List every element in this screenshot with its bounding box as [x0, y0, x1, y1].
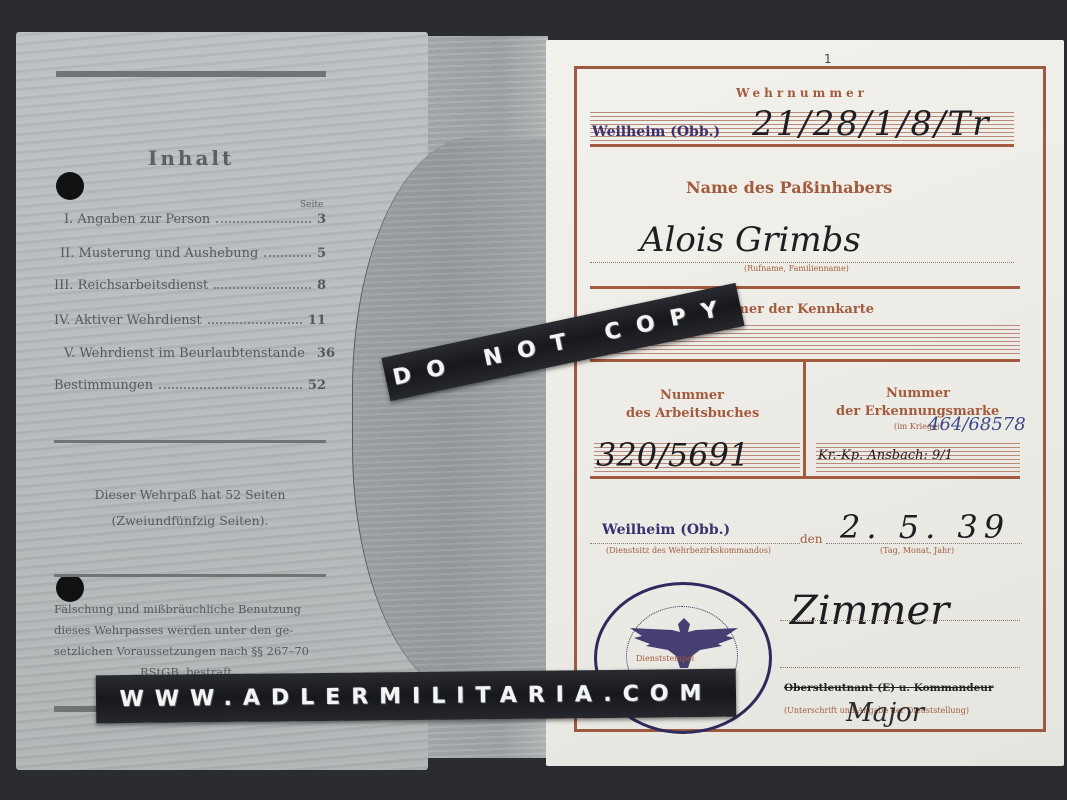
issue-office-caption: (Dienstsitz des Wehrbezirkskommandos) [606, 546, 771, 555]
page-count-line-2: (Zweiundfünfzig Seiten). [54, 513, 326, 528]
commander-signature: Zimmer [790, 588, 949, 634]
warning-line-1: Fälschung und mißbräuchliche Benutzung [54, 602, 301, 616]
issue-office: Weilheim (Obb.) [602, 522, 730, 538]
toc-item: III. Reichsarbeitsdienst8 [54, 278, 326, 293]
warning-line-3: setzlichen Voraussetzungen nach §§ 267–7… [54, 644, 309, 658]
website-watermark-label: WWW.ADLERMILITARIA.COM [96, 669, 736, 724]
divider [54, 574, 326, 577]
punch-hole-top [56, 172, 84, 200]
section-rule [590, 286, 1020, 289]
toc-item: I. Angaben zur Person3 [64, 212, 326, 227]
toc-item: IV. Aktiver Wehrdienst11 [54, 313, 326, 328]
stamp-caption: Dienststempel [636, 654, 694, 663]
toc-item: II. Musterung und Aushebung5 [60, 246, 326, 261]
signature-dotted-line [780, 620, 1020, 621]
wehrnummer-office: Weilheim (Obb.) [592, 124, 720, 140]
page-number: 1 [824, 52, 832, 66]
section-rule [590, 476, 1020, 479]
name-caption: (Rufname, Familienname) [744, 264, 849, 273]
page-count-line-1: Dieser Wehrpaß hat 52 Seiten [54, 487, 326, 502]
arbeitsbuch-value: 320/5691 [596, 436, 749, 474]
punch-hole-bottom [56, 574, 84, 602]
date-caption: (Tag, Monat, Jahr) [880, 546, 954, 555]
signature-dotted-line-2 [780, 667, 1020, 668]
arbeitsbuch-heading-1: Nummer [660, 388, 724, 403]
issue-date: 2. 5. 39 [840, 508, 1010, 546]
column-divider [803, 362, 806, 478]
toc-item: V. Wehrdienst im Beurlaubtenstande36 [64, 346, 326, 361]
name-heading: Name des Paßinhabers [686, 178, 892, 197]
divider [54, 440, 326, 443]
date-dotted-line [826, 543, 1022, 544]
toc-item: Bestimmungen52 [54, 378, 326, 393]
erkennungsmarke-value: 464/68578 [928, 414, 1026, 435]
holder-name: Alois Grimbs [640, 220, 861, 260]
top-rule [56, 71, 326, 77]
cover-cutout [352, 138, 552, 698]
name-dotted-line [590, 262, 1014, 263]
arbeitsbuch-heading-2: des Arbeitsbuches [626, 406, 759, 421]
warning-line-2: dieses Wehrpasses werden unter den ge- [54, 623, 293, 637]
wehrnummer-underline [590, 144, 1014, 147]
wehrnummer-heading: Wehrnummer [736, 86, 868, 100]
struck-title: Oberstleutnant (E) u. Kommandeur [784, 682, 993, 694]
toc-seite-label: Seite [300, 200, 323, 210]
erkennungsmarke-unit: Kr.-Kp. Ansbach: 9/1 [818, 448, 953, 463]
office-dotted-line [590, 543, 800, 544]
wehrnummer-value: 21/28/1/8/Tr [752, 104, 991, 144]
den-label: den [800, 532, 823, 546]
corrected-title: Major [846, 698, 924, 728]
erkennungsmarke-heading-1: Nummer [886, 386, 950, 401]
toc-title: Inhalt [148, 146, 234, 170]
